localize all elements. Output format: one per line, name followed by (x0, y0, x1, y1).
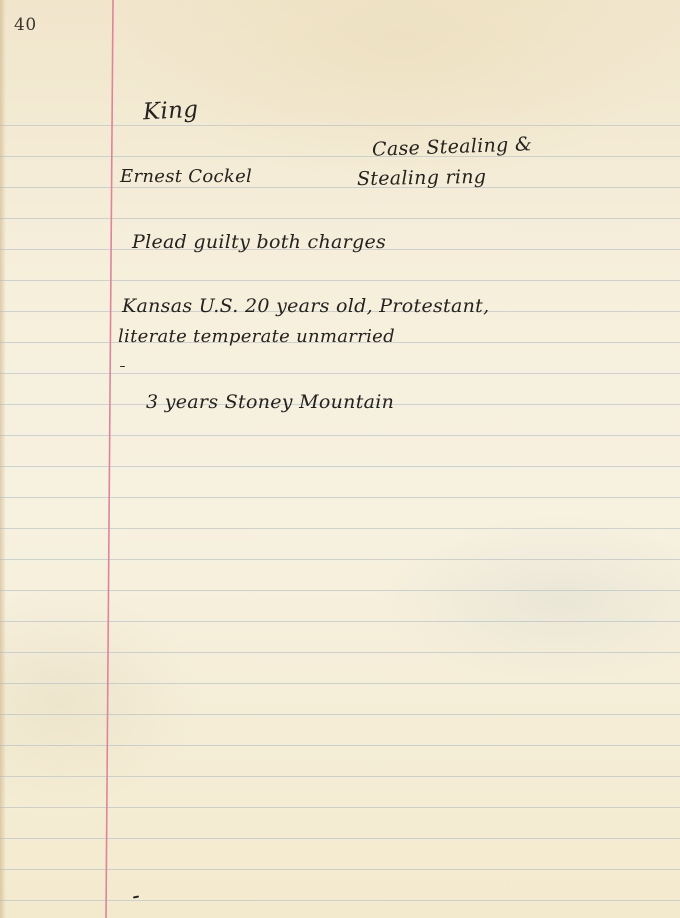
ink-speck (120, 366, 125, 367)
ruled-line (0, 869, 680, 870)
ruled-line (0, 218, 680, 219)
ruled-line (0, 776, 680, 777)
ruled-line (0, 745, 680, 746)
ruled-line (0, 435, 680, 436)
ruled-line (0, 807, 680, 808)
ruled-line (0, 125, 680, 126)
ruled-line (0, 590, 680, 591)
ruled-line (0, 373, 680, 374)
ruled-line (0, 497, 680, 498)
ruled-line (0, 838, 680, 839)
ruled-line (0, 559, 680, 560)
plea-entry: Plead guilty both charges (132, 231, 386, 253)
ruled-line (0, 900, 680, 901)
sentence-entry: 3 years Stoney Mountain (146, 391, 394, 413)
page-edge-shadow (0, 0, 6, 918)
ruled-line (0, 714, 680, 715)
ruled-line (0, 621, 680, 622)
notebook-page: 40 King Case Stealing & Ernest Cockel St… (0, 0, 680, 918)
ruled-line (0, 280, 680, 281)
ruled-line (0, 683, 680, 684)
bio-line-1: Kansas U.S. 20 years old, Protestant, (122, 295, 489, 317)
bio-line-2: literate temperate unmarried (118, 326, 395, 347)
page-number: 40 (14, 15, 37, 35)
ruled-line (0, 187, 680, 188)
ruled-line (0, 156, 680, 157)
ruled-line (0, 528, 680, 529)
ink-speck (133, 895, 139, 898)
charge-line-2: Stealing ring (357, 166, 487, 190)
ruled-line (0, 652, 680, 653)
defendant-name: Ernest Cockel (120, 166, 252, 187)
case-title: King (142, 97, 199, 126)
margin-line (0, 0, 680, 918)
ruled-line (0, 466, 680, 467)
